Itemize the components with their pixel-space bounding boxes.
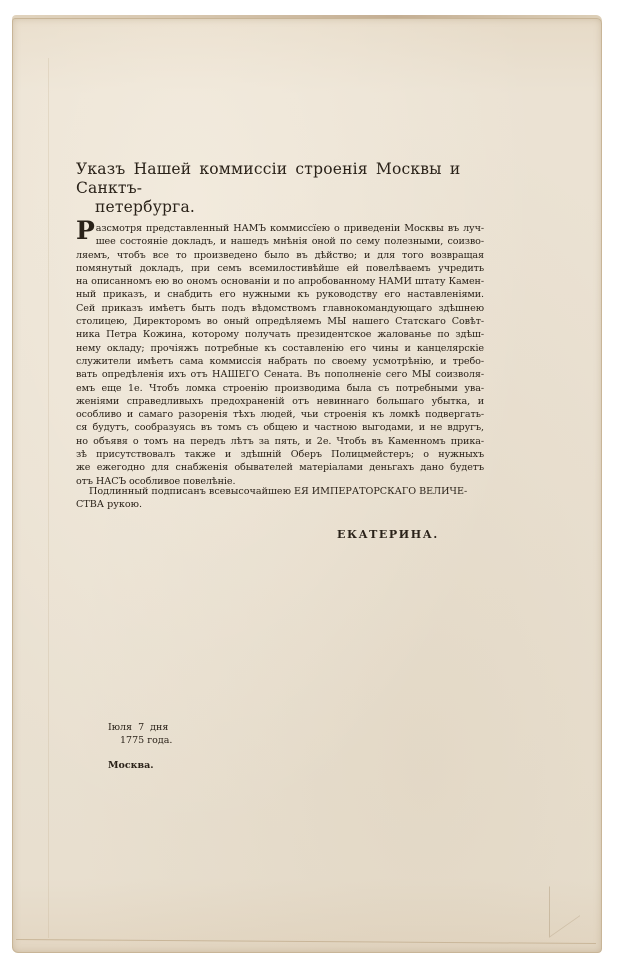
- place-name: Москва.: [108, 759, 172, 772]
- drop-cap: Р: [76, 221, 95, 241]
- decree-line: нему окладу; прочіяжъ потребные къ соста…: [76, 342, 484, 355]
- decree-line: емъ еще 1е. Чтобъ ломка строенію произво…: [76, 382, 484, 395]
- decree-line: на описанномъ ею во ономъ основаніи и по…: [76, 275, 484, 288]
- decree-line: особливо и самаго разоренія тѣхъ людей, …: [76, 408, 484, 421]
- decree-line: ляемъ, чтобъ все то произведено было въ …: [76, 249, 484, 262]
- decree-line: азсмотря представленный НАМЪ коммиссїею …: [96, 222, 484, 235]
- decree-body: Р азсмотря представленный НАМЪ коммиссїе…: [76, 222, 484, 488]
- decree-line: ника Петра Кожина, которому получать пре…: [76, 328, 484, 341]
- decree-line: шее состояніе докладъ, и нашедъ мнѣнія о…: [96, 235, 484, 248]
- corner-fold: [549, 865, 580, 938]
- decree-title: Указъ Нашей коммиссіи строенія Москвы и …: [76, 160, 516, 217]
- decree-line: вать опредѣленія ихъ отъ НАШЕГО Сената. …: [76, 368, 484, 381]
- date-year: 1775 года.: [108, 734, 172, 747]
- decree-line: зѣ присутствовалъ также и здѣшній Оберъ …: [76, 448, 484, 461]
- decree-line: ся будутъ, сообразуясь въ томъ съ общею …: [76, 421, 484, 434]
- date-block: Іюля 7 дня 1775 года. Москва.: [108, 721, 172, 772]
- decree-line: же ежегодно для снабженія обывателей мат…: [76, 461, 484, 474]
- authentication-note-line-2: СТВА рукою.: [76, 498, 496, 511]
- authentication-note-line-1: Подлинный подписанъ всевысочайшею ЕЯ ИМП…: [76, 485, 496, 498]
- signature: ЕКАТЕРИНА.: [337, 528, 439, 541]
- decree-title-line-2: петербурга.: [76, 198, 516, 217]
- decree-line: но объявя о томъ на передъ лѣтъ за пять,…: [76, 435, 484, 448]
- decree-line: женіями справедливыхъ предохраненій отъ …: [76, 395, 484, 408]
- decree-line: ный приказъ, и снабдить его нужными къ р…: [76, 288, 484, 301]
- decree-line: помянутый докладъ, при семъ всемилостивѣ…: [76, 262, 484, 275]
- decree-title-line-1: Указъ Нашей коммиссіи строенія Москвы и …: [76, 160, 516, 198]
- decree-line: служители имѣетъ сама коммиссія набрать …: [76, 355, 484, 368]
- authentication-note: Подлинный подписанъ всевысочайшею ЕЯ ИМП…: [76, 485, 496, 511]
- decree-line: столицею, Директоромъ во оный опредѣляем…: [76, 315, 484, 328]
- paper-crease: [48, 58, 49, 938]
- date-day: Іюля 7 дня: [108, 721, 172, 734]
- decree-line: Сей приказъ имѣетъ быть подъ вѣдомствомъ…: [76, 302, 484, 315]
